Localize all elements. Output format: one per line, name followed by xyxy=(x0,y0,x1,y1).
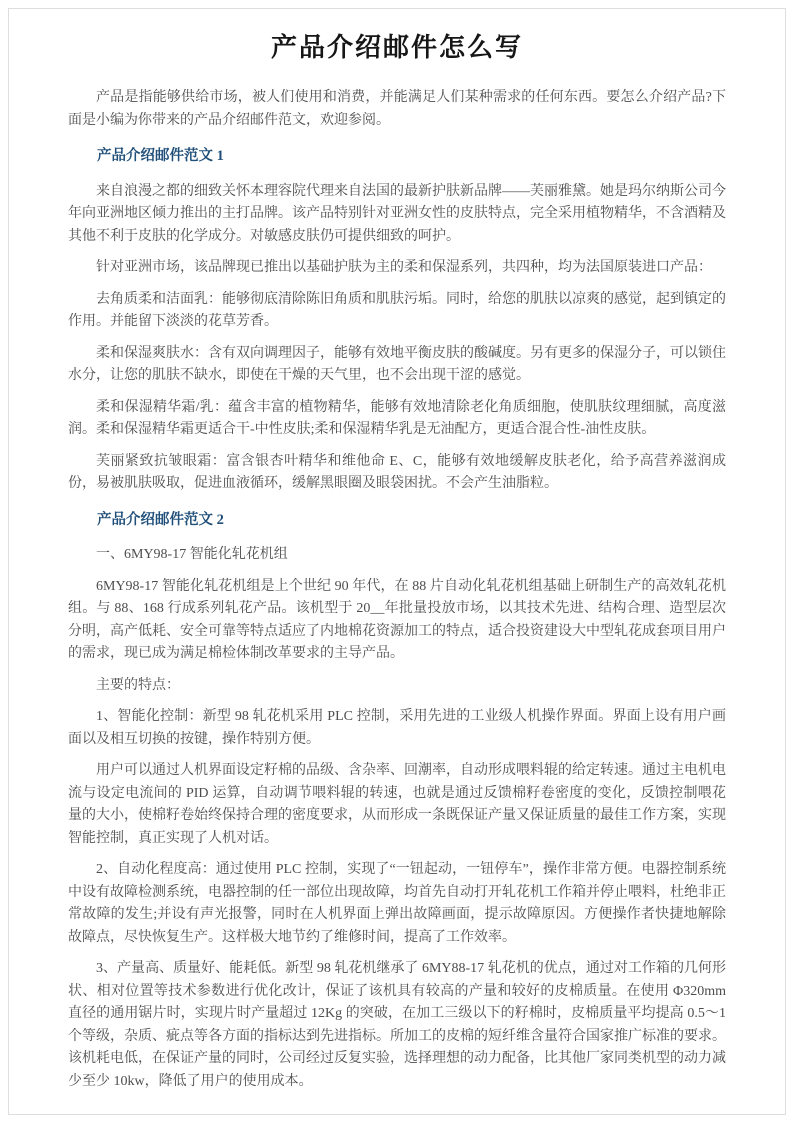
doc-title: 产品介绍邮件怎么写 xyxy=(0,31,794,63)
paragraph: 6MY98-17 智能化轧花机组是上个世纪 90 年代，在 88 片自动化轧花机… xyxy=(68,576,726,666)
paragraph: 2、自动化程度高：通过使用 PLC 控制，实现了“一钮起动，一钮停车”，操作非常… xyxy=(68,859,726,949)
paragraph: 3、产量高、质量好、能耗低。新型 98 轧花机继承了 6MY88-17 轧花机的… xyxy=(68,958,726,1093)
paragraph: 柔和保湿爽肤水：含有双向调理因子，能够有效地平衡皮肤的酸碱度。另有更多的保湿分子… xyxy=(68,343,726,388)
document-page: 产品介绍邮件怎么写 产品是指能够供给市场，被人们使用和消费，并能满足人们某种需求… xyxy=(0,0,794,1123)
paragraph: 产品是指能够供给市场，被人们使用和消费，并能满足人们某种需求的任何东西。要怎么介… xyxy=(68,87,726,132)
section-heading: 产品介绍邮件范文 2 xyxy=(68,509,726,532)
paragraph: 来自浪漫之都的细致关怀本理容院代理来自法国的最新护肤新品牌——芙丽雅黛。她是玛尔… xyxy=(68,181,726,249)
document-body: 产品是指能够供给市场，被人们使用和消费，并能满足人们某种需求的任何东西。要怎么介… xyxy=(0,63,794,1093)
section-heading: 产品介绍邮件范文 1 xyxy=(68,145,726,168)
paragraph: 主要的特点： xyxy=(68,675,726,698)
paragraph: 去角质柔和洁面乳：能够彻底清除陈旧角质和肌肤污垢。同时，给您的肌肤以凉爽的感觉，… xyxy=(68,289,726,334)
paragraph: 柔和保湿精华霜/乳：蕴含丰富的植物精华，能够有效地清除老化角质细胞，使肌肤纹理细… xyxy=(68,397,726,442)
paragraph: 针对亚洲市场，该品牌现已推出以基础护肤为主的柔和保湿系列，共四种，均为法国原装进… xyxy=(68,257,726,280)
paragraph: 1、智能化控制：新型 98 轧花机采用 PLC 控制，采用先进的工业级人机操作界… xyxy=(68,706,726,751)
paragraph: 一、6MY98-17 智能化轧花机组 xyxy=(68,544,726,567)
paragraph: 芙丽紧致抗皱眼霜：富含银杏叶精华和维他命 E、C，能够有效地缓解皮肤老化，给予高… xyxy=(68,451,726,496)
paragraph: 用户可以通过人机界面设定籽棉的品级、含杂率、回潮率，自动形成喂料辊的给定转速。通… xyxy=(68,760,726,850)
